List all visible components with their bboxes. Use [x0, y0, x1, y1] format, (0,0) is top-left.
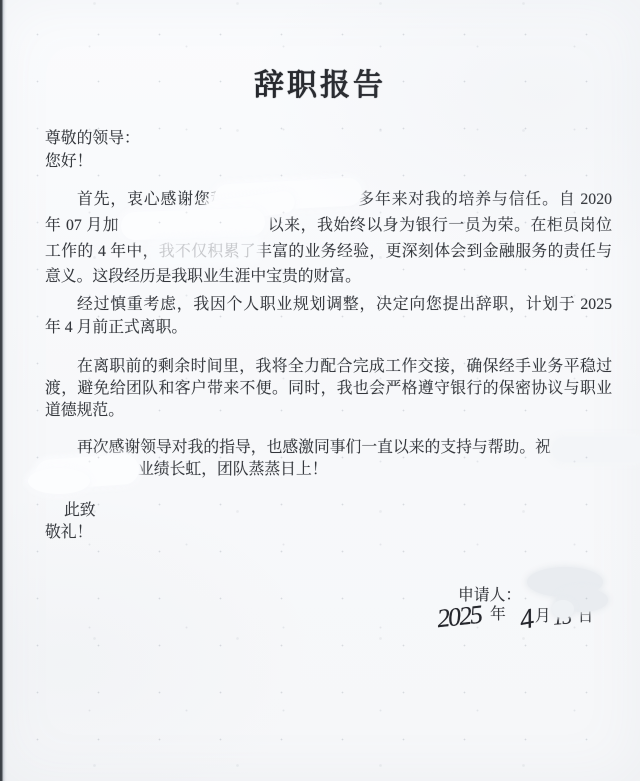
redaction-blob-p4l2-tail — [28, 468, 90, 494]
p1l1-text-a: 首先，衷心感谢您和 — [77, 191, 227, 208]
handwritten-year: 2025 — [436, 602, 482, 632]
letter-title: 辞职报告 — [0, 60, 640, 104]
closing-zhici: 此致 — [64, 500, 96, 521]
redaction-blob-applicant-name-stem — [552, 600, 574, 618]
handwritten-month: 4 — [518, 606, 536, 634]
greeting-line: 您好！ — [45, 151, 92, 172]
paragraph3-line1: 在离职前的剩余时间里，我将全力配合完成工作交接，确保经手业务平稳过 — [45, 356, 612, 377]
salutation-line: 尊敬的领导： — [45, 128, 140, 149]
closing-jingli: 敬礼！ — [45, 522, 92, 543]
paragraph1-line4: 意义。这段经历是我职业生涯中宝贵的财富。 — [45, 266, 361, 287]
scan-edge-left — [0, 0, 7, 781]
p1l2-text-b: 以来，我始终以身为银行一员为荣。在柜员岗位 — [267, 217, 612, 234]
paragraph1-line3: 工作的 4 年中，我不仅积累了丰富的业务经验，更深刻体会到金融服务的责任与 — [45, 241, 612, 262]
p4l2-text: 业绩长虹，团队蒸蒸日上！ — [138, 461, 328, 478]
paragraph3-line3: 道德规范。 — [45, 400, 124, 421]
paragraph2-line1: 经过慎重考虑，我因个人职业规划调整，决定向您提出辞职，计划于 2025 — [45, 294, 612, 315]
year-unit: 年 — [490, 604, 506, 626]
paragraph3-line2: 渡，避免给团队和客户带来不便。同时，我也会严格遵守银行的保密协议与职业 — [45, 378, 612, 399]
month-unit: 月 — [535, 606, 551, 628]
resignation-letter-page: 辞职报告 尊敬的领导： 您好！ 首先，衷心感谢您和多年来对我的培养与信任。自 2… — [0, 0, 640, 781]
redaction-smudge-p1l3 — [150, 235, 261, 265]
redaction-blob-p4l1 — [552, 437, 640, 462]
paragraph2-line2: 年 4 月前正式离职。 — [45, 317, 187, 338]
p1l1-text-b: 多年来对我的培养与信任。自 2020 — [357, 191, 612, 208]
p1l2-text-a: 年 07 月加 — [45, 217, 119, 234]
